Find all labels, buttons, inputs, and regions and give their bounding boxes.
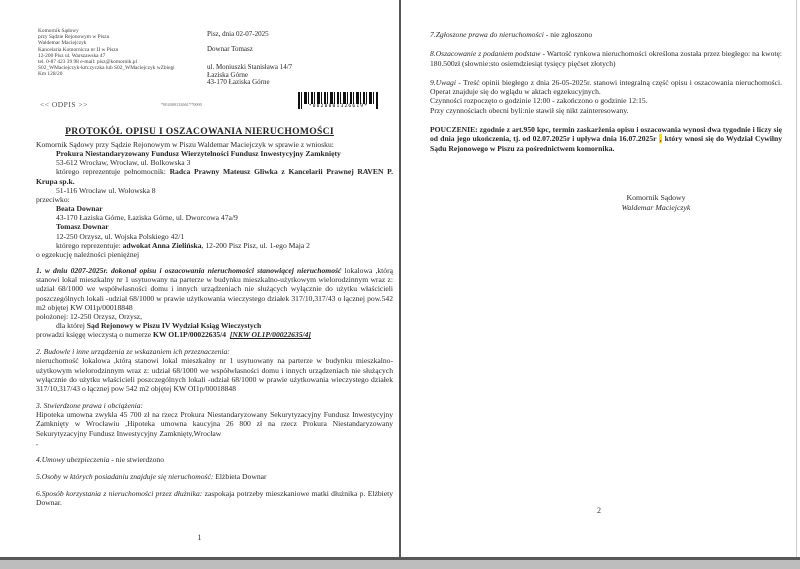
recipient-address-block: Pisz, dnia 02-07-2025 Downar Tomasz ul. … xyxy=(207,31,292,87)
page-1: Komornik Sądowy przy Sądzie Rejonowym w … xyxy=(0,0,399,557)
section-9-heading: 9.Uwagi xyxy=(430,78,456,87)
stray-comma: , xyxy=(36,438,393,447)
section-1-lead: 1. w dniu 0207-2025r. dokonał opisu i os… xyxy=(36,266,345,275)
recipient-postal: 43-170 Łaziska Górne xyxy=(207,79,292,87)
section-2-buildings: 2. Budowle i inne urządzenia ze wskazani… xyxy=(36,347,393,393)
rep-address: 51-116 Wrocław ul. Wołowska 8 xyxy=(36,186,393,195)
debtor-rep-name: adwokat Anna Zielińska xyxy=(123,241,202,250)
page-2-number: 2 xyxy=(401,506,797,515)
section-7-text: - nie zgłoszono xyxy=(544,30,592,39)
page-1-number: 1 xyxy=(0,533,399,542)
pouczenie-notice: POUCZENIE: zgodnie z art.950 kpc, termin… xyxy=(430,125,782,153)
court-line: dla której Sąd Rejonowy w Piszu IV Wydzi… xyxy=(36,321,393,330)
document-scan-view: { "page1": { "letterhead": { "lines": [ … xyxy=(0,0,800,569)
city-and-date: Pisz, dnia 02-07-2025 xyxy=(207,31,292,39)
signature-title: Komornik Sądowy xyxy=(576,193,736,203)
section-5-text: Elżbieta Downar xyxy=(213,472,266,481)
land-register-line: prowadzi księgę wieczystą o numerze KW O… xyxy=(36,330,393,339)
debtor2-address: 12-250 Orzysz, ul. Wojska Polskiego 42/1 xyxy=(36,232,393,241)
intro-block: Komornik Sądowy przy Sądzie Rejonowym w … xyxy=(36,140,393,259)
section-3-text: Hipoteka umowna zwykła 45 700 zł na rzec… xyxy=(36,410,393,437)
creditor-name: Prokura Niestandaryzowany Fundusz Wierzy… xyxy=(36,149,393,158)
debtor1-address: 43-170 Łaziska Górne, Łaziska Górne, ul.… xyxy=(36,213,393,222)
document-code-text: *0020001326617*0000 xyxy=(161,102,202,107)
register-prefix: prowadzi księgę wieczystą o numerze xyxy=(36,330,153,339)
debtor-representative: którego reprezentuje: adwokat Anna Zieli… xyxy=(36,241,393,250)
odpis-copy-label: << ODPIS >> xyxy=(40,100,88,109)
section-6-heading: 6.Sposób korzystania z nieruchomości prz… xyxy=(36,489,202,498)
debtor-rep-suffix: , 12-200 Pisz Pisz, ul. 1-ego Maja 2 xyxy=(202,241,310,250)
debtor2-name: Tomasz Downar xyxy=(36,222,393,231)
document-title: PROTOKÓŁ OPISU I OSZACOWANIA NIERUCHOMOŚ… xyxy=(0,121,399,139)
section-1-description: 1. w dniu 0207-2025r. dokonał opisu i os… xyxy=(36,266,393,339)
section-3-heading: 3. Stwierdzone prawa i obciążenia: xyxy=(36,401,393,410)
page2-body: 7.Zgłoszone prawa do nieruchomości - nie… xyxy=(430,30,782,161)
section-9-text: - Treść opinii biegłego z dnia 26-05-202… xyxy=(430,78,782,96)
page1-body: Komornik Sądowy przy Sądzie Rejonowym w … xyxy=(36,140,393,515)
section-8-heading: 8.Oszacowanie z podaniem podstaw xyxy=(430,49,540,58)
section-4-text: - nie stwierdzono xyxy=(109,455,164,464)
claim-type: o egzekucję należności pieniężnej xyxy=(36,250,393,259)
rep-prefix: którego reprezentuje pełnomocnik: xyxy=(56,167,170,176)
court-prefix: dla której xyxy=(56,321,87,330)
section-2-text: nieruchomość lokalowa ,którą stanowi lok… xyxy=(36,356,393,392)
section-2-heading: 2. Budowle i inne urządzenia ze wskazani… xyxy=(36,347,393,356)
section-8-valuation: 8.Oszacowanie z podaniem podstaw - Warto… xyxy=(430,49,782,68)
debtor-rep-prefix: którego reprezentuje: xyxy=(56,241,123,250)
creditor-representative: którego reprezentuje pełnomocnik: Radca … xyxy=(36,167,393,185)
signature-name: Waldemar Maciejczyk xyxy=(576,203,736,213)
page-2: 7.Zgłoszone prawa do nieruchomości - nie… xyxy=(401,0,797,557)
section-3-encumbrances: 3. Stwierdzone prawa i obciążenia: Hipot… xyxy=(36,401,393,447)
bailiff-letterhead: Komornik Sądowy przy Sądzie Rejonowym w … xyxy=(38,28,188,78)
signature-block: Komornik Sądowy Waldemar Maciejczyk xyxy=(576,193,736,212)
section-6-usage: 6.Sposób korzystania z nieruchomości prz… xyxy=(36,489,393,507)
creditor-address: 53-612 Wrocław, Wrocław, ul. Bolkowska 3 xyxy=(36,158,393,167)
against-label: przeciwko: xyxy=(36,195,393,204)
activity-times: Czynności rozpoczęto o godzinie 12:00 - … xyxy=(430,96,782,105)
section-5-heading: 5.Osoby w których posiadaniu znajduje si… xyxy=(36,472,213,481)
section-4-insurance: 4.Umowy ubezpieczenia - nie stwierdzono xyxy=(36,455,393,464)
section-9-remarks: 9.Uwagi - Treść opinii biegłego z dnia 2… xyxy=(430,78,782,115)
document-title-text: PROTOKÓŁ OPISU I OSZACOWANIA NIERUCHOMOŚ… xyxy=(65,126,334,137)
bottom-shadow xyxy=(0,560,800,569)
register-nkw-number: [NKW OL1P/00022635/4] xyxy=(230,330,311,339)
section-5-possession: 5.Osoby w których posiadaniu znajduje si… xyxy=(36,472,393,481)
page-divider xyxy=(399,0,401,557)
section-7-heading: 7.Zgłoszone prawa do nieruchomości xyxy=(430,30,544,39)
recipient-name: Downar Tomasz xyxy=(207,46,292,54)
property-location: położonej: 12-250 Orzysz, Orzysz, xyxy=(36,312,393,321)
debtor1-name: Beata Downar xyxy=(36,204,393,213)
section-7-claims: 7.Zgłoszone prawa do nieruchomości - nie… xyxy=(430,30,782,39)
court-name: Sąd Rejonowy w Piszu IV Wydział Ksiąg Wi… xyxy=(87,321,261,330)
letterhead-case-number: Km 128/20 xyxy=(38,71,188,77)
register-kw-number: KW OL1P/00022635/4 xyxy=(153,330,226,339)
section-4-heading: 4.Umowy ubezpieczenia xyxy=(36,455,109,464)
intro-opening: Komornik Sądowy przy Sądzie Rejonowym w … xyxy=(36,140,393,149)
barcode-number: *0020001326619* xyxy=(302,104,375,109)
attendees-note: Przy czynnościach obecni byli:nie stawił… xyxy=(430,106,782,115)
right-page-edge xyxy=(796,0,797,557)
barcode: *0020001326619* xyxy=(298,92,379,109)
